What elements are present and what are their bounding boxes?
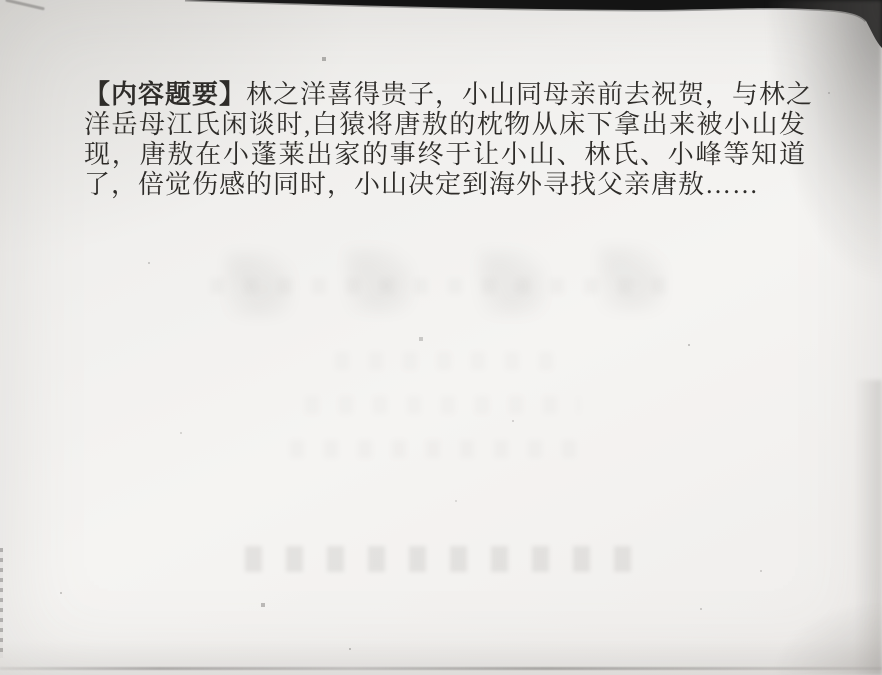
bleedthrough-row-1 (335, 352, 555, 370)
bleedthrough-row-3 (290, 440, 590, 458)
bleedthrough-title-char-4 (598, 246, 666, 312)
scanned-book-page: 【内容题要】林之洋喜得贵子，小山同母亲前去祝贺，与林之 洋岳母江氏闲谈时,白猿将… (0, 0, 882, 675)
scan-noise-specks (0, 0, 2, 2)
summary-line-2: 洋岳母江氏闲谈时,白猿将唐敖的枕物从床下拿出来被小山发 (84, 110, 806, 140)
page-bottom-edge (0, 667, 882, 670)
summary-line-1-text: 林之洋喜得贵子，小山同母亲前去祝贺，与林之 (246, 80, 813, 109)
summary-heading-label: 【内容题要】 (84, 79, 246, 109)
bleedthrough-title-char-3 (478, 250, 546, 316)
bleedthrough-row-2 (305, 396, 580, 414)
summary-line-4: 了，倍觉伤感的同时，小山决定到海外寻找父亲唐敖…… (84, 170, 806, 200)
content-summary-paragraph: 【内容题要】林之洋喜得贵子，小山同母亲前去祝贺，与林之 洋岳母江氏闲谈时,白猿将… (84, 79, 806, 200)
page-curl-shadow (752, 0, 882, 420)
summary-line-3: 现，唐敖在小蓬莱出家的事终于让小山、林氏、小峰等知道 (84, 140, 806, 170)
bottomright-smudge (772, 600, 882, 675)
summary-line-1: 【内容题要】林之洋喜得贵子，小山同母亲前去祝贺，与林之 (84, 79, 806, 110)
bleedthrough-bottom-row (245, 546, 655, 572)
